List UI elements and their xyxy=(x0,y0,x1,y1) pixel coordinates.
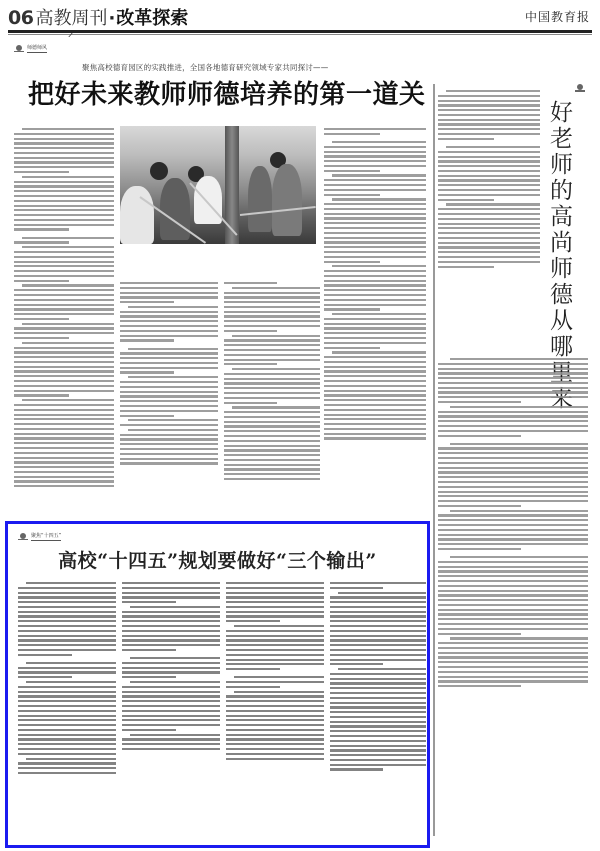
body-text-line xyxy=(120,292,218,294)
box-article-column-1 xyxy=(18,582,116,777)
body-text-line xyxy=(330,759,426,761)
body-text-line xyxy=(14,452,114,454)
photo-person-head xyxy=(150,162,168,180)
body-text-line xyxy=(324,323,426,325)
body-text-line xyxy=(120,448,218,450)
body-text-line xyxy=(224,354,320,356)
main-article-column-3 xyxy=(224,282,320,483)
body-text-line xyxy=(14,200,114,202)
body-text-line xyxy=(438,208,540,210)
body-text-line xyxy=(122,705,220,707)
body-text-line xyxy=(14,418,114,420)
body-text-line xyxy=(330,587,383,589)
body-text-line xyxy=(226,734,324,736)
main-article-tag-label: 师德师风 xyxy=(27,44,47,53)
body-text-line xyxy=(120,453,218,455)
highlighted-article-box[interactable]: 聚焦“十四五” 高校“十四五”规划要做好“三个输出” xyxy=(5,521,430,848)
body-text-line xyxy=(438,411,588,413)
body-text-line xyxy=(14,166,114,168)
masthead-right: 中国教育报 xyxy=(525,6,590,25)
body-text-line xyxy=(120,311,218,313)
body-text-line xyxy=(438,175,540,177)
body-text-line xyxy=(120,287,218,289)
body-text-line xyxy=(438,256,540,258)
body-text-line xyxy=(14,466,114,468)
body-text-line xyxy=(18,635,116,637)
body-text-line xyxy=(438,561,588,563)
body-text-line xyxy=(226,630,324,632)
newspaper-logo: 中国教育报 xyxy=(525,8,590,25)
body-text-line xyxy=(330,582,426,584)
body-text-line xyxy=(438,377,588,379)
body-text-line xyxy=(324,394,426,396)
body-text-line xyxy=(438,242,540,244)
body-text-line xyxy=(324,256,426,258)
body-text-line xyxy=(324,437,426,439)
body-text-line xyxy=(438,685,521,687)
body-text-line xyxy=(324,284,426,286)
body-text-line xyxy=(438,575,588,577)
box-article-tag-label: 聚焦“十四五” xyxy=(31,532,61,541)
body-text-line xyxy=(438,476,588,478)
body-text-line xyxy=(14,214,114,216)
body-text-line xyxy=(330,663,383,665)
body-text-line xyxy=(226,582,324,584)
section-header: 06 高教周刊 · 改革探索 xyxy=(8,4,188,30)
body-text-line xyxy=(224,325,320,327)
body-text-line xyxy=(330,635,426,637)
masthead-rule-thin xyxy=(8,34,592,35)
body-text-line xyxy=(122,635,220,637)
body-text-line xyxy=(14,171,69,173)
body-text-line xyxy=(122,671,220,673)
body-text-line xyxy=(438,656,588,658)
body-text-line xyxy=(232,368,320,370)
body-text-line xyxy=(438,261,540,263)
body-text-line xyxy=(224,478,320,480)
body-text-line xyxy=(226,748,324,750)
body-text-line xyxy=(224,468,320,470)
body-text-line xyxy=(14,404,114,406)
body-text-line xyxy=(22,246,114,248)
body-text-line xyxy=(438,543,588,545)
body-text-line xyxy=(330,730,426,732)
body-text-line xyxy=(324,347,380,349)
body-text-line xyxy=(122,625,220,627)
body-text-line xyxy=(226,681,324,683)
body-text-line xyxy=(224,421,320,423)
body-text-line xyxy=(330,673,426,675)
body-text-line xyxy=(122,615,220,617)
body-text-line xyxy=(14,447,114,449)
body-text-line xyxy=(120,282,218,284)
body-text-line xyxy=(324,151,426,153)
body-text-line xyxy=(224,449,320,451)
body-text-line xyxy=(438,109,540,111)
body-text-line xyxy=(18,691,116,693)
body-text-line xyxy=(224,392,320,394)
body-text-line xyxy=(438,401,521,403)
body-text-line xyxy=(226,668,280,670)
body-text-line xyxy=(438,415,588,417)
box-article-column-4 xyxy=(330,582,426,773)
body-text-line xyxy=(232,287,320,289)
body-text-line xyxy=(18,743,116,745)
body-text-line xyxy=(226,758,324,760)
body-text-line xyxy=(226,649,324,651)
body-text-line xyxy=(14,428,114,430)
body-text-line xyxy=(438,133,540,135)
body-text-line xyxy=(122,601,176,603)
body-text-line xyxy=(18,676,72,678)
body-text-line xyxy=(14,251,114,253)
body-text-line xyxy=(14,181,114,183)
right-column-rule xyxy=(433,84,435,836)
body-text-line xyxy=(330,615,426,617)
body-text-line xyxy=(14,356,114,358)
body-text-line xyxy=(226,596,324,598)
body-text-line xyxy=(438,570,588,572)
body-text-line xyxy=(224,349,320,351)
body-text-line xyxy=(122,662,220,664)
body-text-line xyxy=(22,237,114,239)
body-text-line xyxy=(122,700,220,702)
body-text-line xyxy=(224,301,320,303)
body-text-line xyxy=(130,657,220,659)
body-text-line xyxy=(226,620,280,622)
body-text-line xyxy=(438,95,540,97)
body-text-line xyxy=(14,390,114,392)
body-text-line xyxy=(330,611,426,613)
body-text-line xyxy=(120,362,218,364)
body-text-line xyxy=(120,400,218,402)
body-text-line xyxy=(120,458,218,460)
body-text-line xyxy=(18,719,116,721)
body-text-line xyxy=(18,710,116,712)
body-text-line xyxy=(224,435,320,437)
body-text-line xyxy=(14,228,69,230)
body-text-line xyxy=(14,289,114,291)
body-text-line xyxy=(324,318,426,320)
body-text-line xyxy=(330,740,426,742)
body-text-line xyxy=(224,473,320,475)
body-text-line xyxy=(18,625,116,627)
body-text-line xyxy=(14,332,114,334)
body-text-line xyxy=(324,399,426,401)
body-text-line xyxy=(18,729,116,731)
body-text-line xyxy=(18,649,116,651)
body-text-line xyxy=(120,381,218,383)
body-text-line xyxy=(324,327,426,329)
body-text-line xyxy=(224,387,320,389)
body-text-line xyxy=(120,415,174,417)
body-text-line xyxy=(438,671,588,673)
body-text-line xyxy=(226,705,324,707)
body-text-line xyxy=(330,639,426,641)
body-text-line xyxy=(438,609,588,611)
body-text-line xyxy=(324,299,426,301)
body-text-line xyxy=(14,471,114,473)
page-number: 06 xyxy=(8,7,33,29)
body-text-line xyxy=(438,524,588,526)
section-emblem-icon xyxy=(18,533,28,541)
body-text-line xyxy=(438,156,540,158)
body-text-line xyxy=(14,299,114,301)
body-text-line xyxy=(14,318,69,320)
body-text-line xyxy=(438,382,588,384)
body-text-line xyxy=(122,719,220,721)
body-text-line xyxy=(234,691,324,693)
body-text-line xyxy=(224,320,320,322)
body-text-line xyxy=(130,606,220,608)
body-text-line xyxy=(18,724,116,726)
body-text-line xyxy=(226,710,324,712)
body-text-line xyxy=(330,697,426,699)
body-text-line xyxy=(324,361,426,363)
main-article-kicker: 聚焦高校德育园区的实践推进，全国各地德育研究领域专家共同探讨—— xyxy=(82,62,328,73)
body-text-line xyxy=(18,686,116,688)
body-text-line xyxy=(438,505,521,507)
right-article-intro-column xyxy=(438,90,540,270)
body-text-line xyxy=(120,315,218,317)
body-text-line xyxy=(224,344,320,346)
body-text-line xyxy=(14,265,114,267)
body-text-line xyxy=(122,592,220,594)
body-text-line xyxy=(324,404,426,406)
body-text-line xyxy=(120,462,218,464)
body-text-line xyxy=(120,424,218,426)
body-text-line xyxy=(14,157,114,159)
section-separator: · xyxy=(108,8,115,29)
body-text-line xyxy=(438,491,588,493)
body-text-line xyxy=(330,644,426,646)
body-text-line xyxy=(224,282,277,284)
body-text-line xyxy=(122,686,220,688)
body-text-line xyxy=(226,663,324,665)
tree-planting-photo xyxy=(120,126,316,244)
body-text-line xyxy=(438,227,540,229)
body-text-line xyxy=(122,620,220,622)
body-text-line xyxy=(324,194,380,196)
body-text-line xyxy=(330,706,426,708)
body-text-line xyxy=(226,635,324,637)
main-article-column-2 xyxy=(120,282,218,467)
body-text-line xyxy=(324,342,426,344)
body-text-line xyxy=(438,467,588,469)
body-text-line xyxy=(14,433,114,435)
photo-person xyxy=(194,176,222,224)
body-text-line xyxy=(18,639,116,641)
body-text-line xyxy=(18,611,116,613)
body-text-line xyxy=(330,721,426,723)
body-text-line xyxy=(26,758,116,760)
body-text-line xyxy=(22,342,114,344)
body-text-line xyxy=(14,241,69,243)
body-text-line xyxy=(330,735,426,737)
body-text-line xyxy=(438,100,540,102)
body-text-line xyxy=(120,367,218,369)
body-text-line xyxy=(120,391,218,393)
body-text-line xyxy=(324,165,426,167)
body-text-line xyxy=(226,587,324,589)
body-text-line xyxy=(14,294,114,296)
body-text-line xyxy=(120,320,218,322)
body-text-line xyxy=(438,435,521,437)
body-text-line xyxy=(14,380,114,382)
body-text-line xyxy=(438,391,588,393)
body-text-line xyxy=(224,445,320,447)
body-text-line xyxy=(324,304,426,306)
body-text-line xyxy=(330,692,426,694)
body-text-line xyxy=(226,700,324,702)
body-text-line xyxy=(438,138,494,140)
section-name: 高教周刊 xyxy=(35,4,107,30)
body-text-line xyxy=(122,710,220,712)
body-text-line xyxy=(14,351,114,353)
body-text-line xyxy=(324,246,426,248)
body-text-line xyxy=(324,179,426,181)
body-text-line xyxy=(324,217,426,219)
body-text-line xyxy=(438,471,588,473)
body-text-line xyxy=(438,179,540,181)
body-text-line xyxy=(324,222,426,224)
body-text-line xyxy=(450,556,588,558)
body-text-line xyxy=(122,644,220,646)
body-text-line xyxy=(324,232,426,234)
body-text-line xyxy=(226,738,324,740)
body-text-line xyxy=(14,190,114,192)
body-text-line xyxy=(122,630,220,632)
body-text-line xyxy=(438,529,588,531)
body-text-line xyxy=(438,534,588,536)
body-text-line xyxy=(332,174,426,176)
body-text-line xyxy=(14,270,114,272)
body-text-line xyxy=(438,628,588,630)
body-text-line xyxy=(438,266,494,268)
body-text-line xyxy=(438,396,588,398)
body-text-line xyxy=(438,481,588,483)
body-text-line xyxy=(224,296,320,298)
body-text-line xyxy=(324,261,380,263)
photo-person xyxy=(248,166,272,232)
body-text-line xyxy=(438,237,540,239)
box-article-column-3 xyxy=(226,582,324,762)
body-text-line xyxy=(438,447,588,449)
body-text-line xyxy=(438,128,540,130)
body-text-line xyxy=(122,724,220,726)
body-text-line xyxy=(332,313,426,315)
section-emblem-icon xyxy=(575,84,585,92)
right-article-body xyxy=(438,352,588,690)
body-text-line xyxy=(18,630,116,632)
body-text-line xyxy=(330,601,426,603)
right-article-tag xyxy=(574,84,586,94)
body-text-line xyxy=(324,146,426,148)
body-text-line xyxy=(330,687,426,689)
body-text-line xyxy=(120,335,218,337)
body-text-line xyxy=(438,123,540,125)
body-text-line xyxy=(330,725,426,727)
body-text-line xyxy=(226,686,280,688)
main-article-tag: 师德师风 xyxy=(14,44,47,53)
body-text-line xyxy=(26,681,116,683)
body-text-line xyxy=(332,141,426,143)
body-text-line xyxy=(122,729,176,731)
body-text-line xyxy=(438,566,588,568)
body-text-line xyxy=(226,644,324,646)
body-text-line xyxy=(18,753,116,755)
body-text-line xyxy=(120,296,218,298)
body-text-line xyxy=(450,510,588,512)
body-text-line xyxy=(324,294,426,296)
body-text-line xyxy=(120,357,218,359)
body-text-line xyxy=(14,414,114,416)
body-text-line xyxy=(224,464,320,466)
main-article-headline: 把好未来教师师德培养的第一道关 xyxy=(28,74,428,111)
body-text-line xyxy=(438,170,540,172)
body-text-line xyxy=(18,587,116,589)
body-text-line xyxy=(438,495,588,497)
body-text-line xyxy=(324,356,426,358)
body-text-line xyxy=(14,442,114,444)
body-text-line xyxy=(450,358,588,360)
body-text-line xyxy=(18,705,116,707)
body-text-line xyxy=(234,625,324,627)
body-text-line xyxy=(224,359,320,361)
body-text-line xyxy=(226,615,324,617)
body-text-line xyxy=(438,165,540,167)
body-text-line xyxy=(120,371,174,373)
body-text-line xyxy=(324,155,426,157)
body-text-line xyxy=(14,409,114,411)
body-text-line xyxy=(438,114,540,116)
body-text-line xyxy=(14,161,114,163)
body-text-line xyxy=(224,330,277,332)
body-text-line xyxy=(122,611,220,613)
body-text-line xyxy=(120,330,218,332)
body-text-line xyxy=(324,366,426,368)
body-text-line xyxy=(226,715,324,717)
body-text-line xyxy=(324,390,426,392)
body-text-line xyxy=(130,734,220,736)
body-text-line xyxy=(26,662,116,664)
body-text-line xyxy=(330,711,426,713)
body-text-line xyxy=(14,209,114,211)
body-text-line xyxy=(22,284,114,286)
body-text-line xyxy=(446,146,540,148)
body-text-line xyxy=(324,184,426,186)
masthead-rule xyxy=(8,30,592,33)
body-text-line xyxy=(438,246,540,248)
body-text-line xyxy=(330,682,426,684)
body-text-line xyxy=(438,594,588,596)
body-text-line xyxy=(438,599,588,601)
body-text-line xyxy=(122,676,176,678)
body-text-line xyxy=(226,753,324,755)
body-text-line xyxy=(122,691,220,693)
body-text-line xyxy=(438,368,588,370)
body-text-line xyxy=(14,437,114,439)
body-text-line xyxy=(14,142,114,144)
body-text-line xyxy=(438,580,588,582)
body-text-line xyxy=(224,378,320,380)
body-text-line xyxy=(18,762,116,764)
body-text-line xyxy=(438,457,588,459)
body-text-line xyxy=(330,716,426,718)
body-text-line xyxy=(324,433,426,435)
body-text-line xyxy=(18,715,116,717)
body-text-line xyxy=(438,661,588,663)
